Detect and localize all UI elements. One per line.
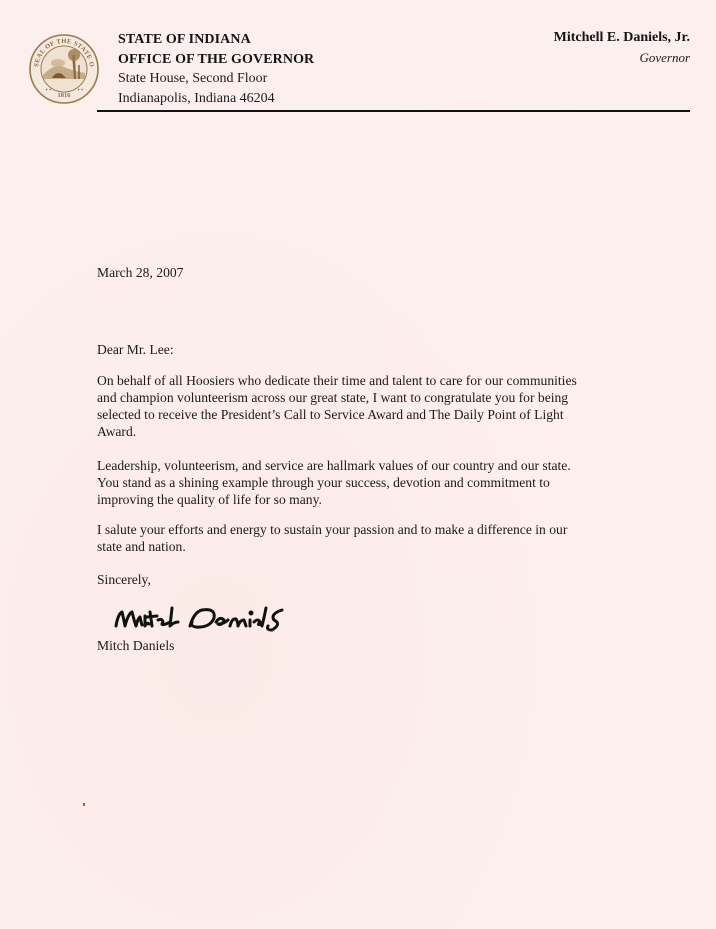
letterhead-divider — [97, 110, 690, 112]
governor-name: Mitchell E. Daniels, Jr. — [554, 28, 690, 48]
paragraph-line: state and nation. — [97, 538, 617, 555]
paragraph-line: selected to receive the President’s Call… — [97, 406, 617, 423]
letter-page: SEAL OF THE STATE OF INDIANA 1816 ✦✦ ✦✦ … — [0, 0, 716, 929]
paragraph-line: On behalf of all Hoosiers who dedicate t… — [97, 372, 617, 389]
paper-speck — [83, 803, 85, 806]
letter-date: March 28, 2007 — [97, 264, 183, 281]
address-line-1: State House, Second Floor — [118, 69, 314, 89]
paragraph-line: improving the quality of life for so man… — [97, 491, 617, 508]
svg-text:✦✦: ✦✦ — [45, 87, 52, 92]
governor-title: Governor — [554, 48, 690, 68]
closing: Sincerely, — [97, 571, 151, 588]
svg-text:✦✦: ✦✦ — [77, 87, 84, 92]
svg-text:1816: 1816 — [58, 92, 72, 99]
state-name: STATE OF INDIANA — [118, 30, 314, 50]
handwritten-signature-icon — [112, 600, 287, 636]
paragraph-line: You stand as a shining example through y… — [97, 474, 617, 491]
office-name: OFFICE OF THE GOVERNOR — [118, 50, 314, 70]
indiana-state-seal-icon: SEAL OF THE STATE OF INDIANA 1816 ✦✦ ✦✦ — [28, 33, 100, 105]
paragraph-line: Award. — [97, 423, 617, 440]
salutation: Dear Mr. Lee: — [97, 341, 174, 358]
letterhead-office: STATE OF INDIANA OFFICE OF THE GOVERNOR … — [118, 30, 314, 108]
paragraph-1: On behalf of all Hoosiers who dedicate t… — [97, 372, 617, 440]
paragraph-3: I salute your efforts and energy to sust… — [97, 521, 617, 555]
paragraph-line: I salute your efforts and energy to sust… — [97, 521, 617, 538]
address-line-2: Indianapolis, Indiana 46204 — [118, 89, 314, 109]
paragraph-line: Leadership, volunteerism, and service ar… — [97, 457, 617, 474]
signer-name: Mitch Daniels — [97, 637, 174, 654]
paragraph-2: Leadership, volunteerism, and service ar… — [97, 457, 617, 508]
paragraph-line: and champion volunteerism across our gre… — [97, 389, 617, 406]
letterhead-governor: Mitchell E. Daniels, Jr. Governor — [554, 28, 690, 68]
